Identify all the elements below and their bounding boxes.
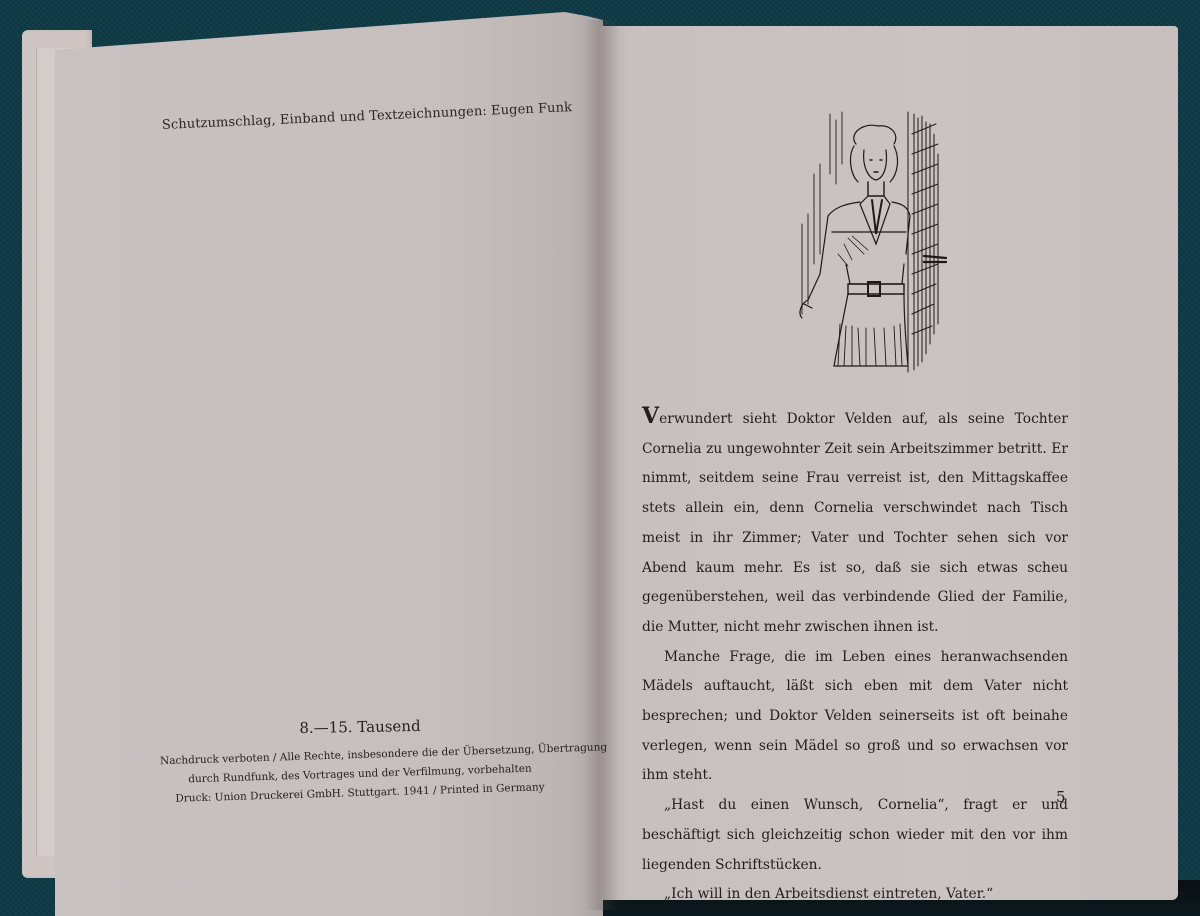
paragraph-text: erwundert sieht Doktor Velden auf, als s… (642, 411, 1068, 635)
page-number: 5 (1056, 788, 1066, 806)
book-gutter (585, 20, 619, 910)
chapter-body-text: Verwundert sieht Doktor Velden auf, als … (642, 405, 1068, 910)
drop-cap: V (642, 403, 659, 429)
paragraph: „Hast du einen Wunsch, Cornelia“, fragt … (642, 791, 1068, 880)
imprint-block: 8.—15. Tausend Nachdruck verboten / Alle… (160, 718, 560, 803)
paragraph: „Ich will in den Arbeitsdienst eintreten… (642, 880, 1068, 910)
paragraph: Manche Frage, die im Leben eines heranwa… (642, 643, 1068, 792)
paragraph: Verwundert sieht Doktor Velden auf, als … (642, 405, 1068, 643)
woman-in-doorway-illustration (768, 104, 958, 376)
edition-line: 8.—15. Tausend (160, 715, 560, 740)
